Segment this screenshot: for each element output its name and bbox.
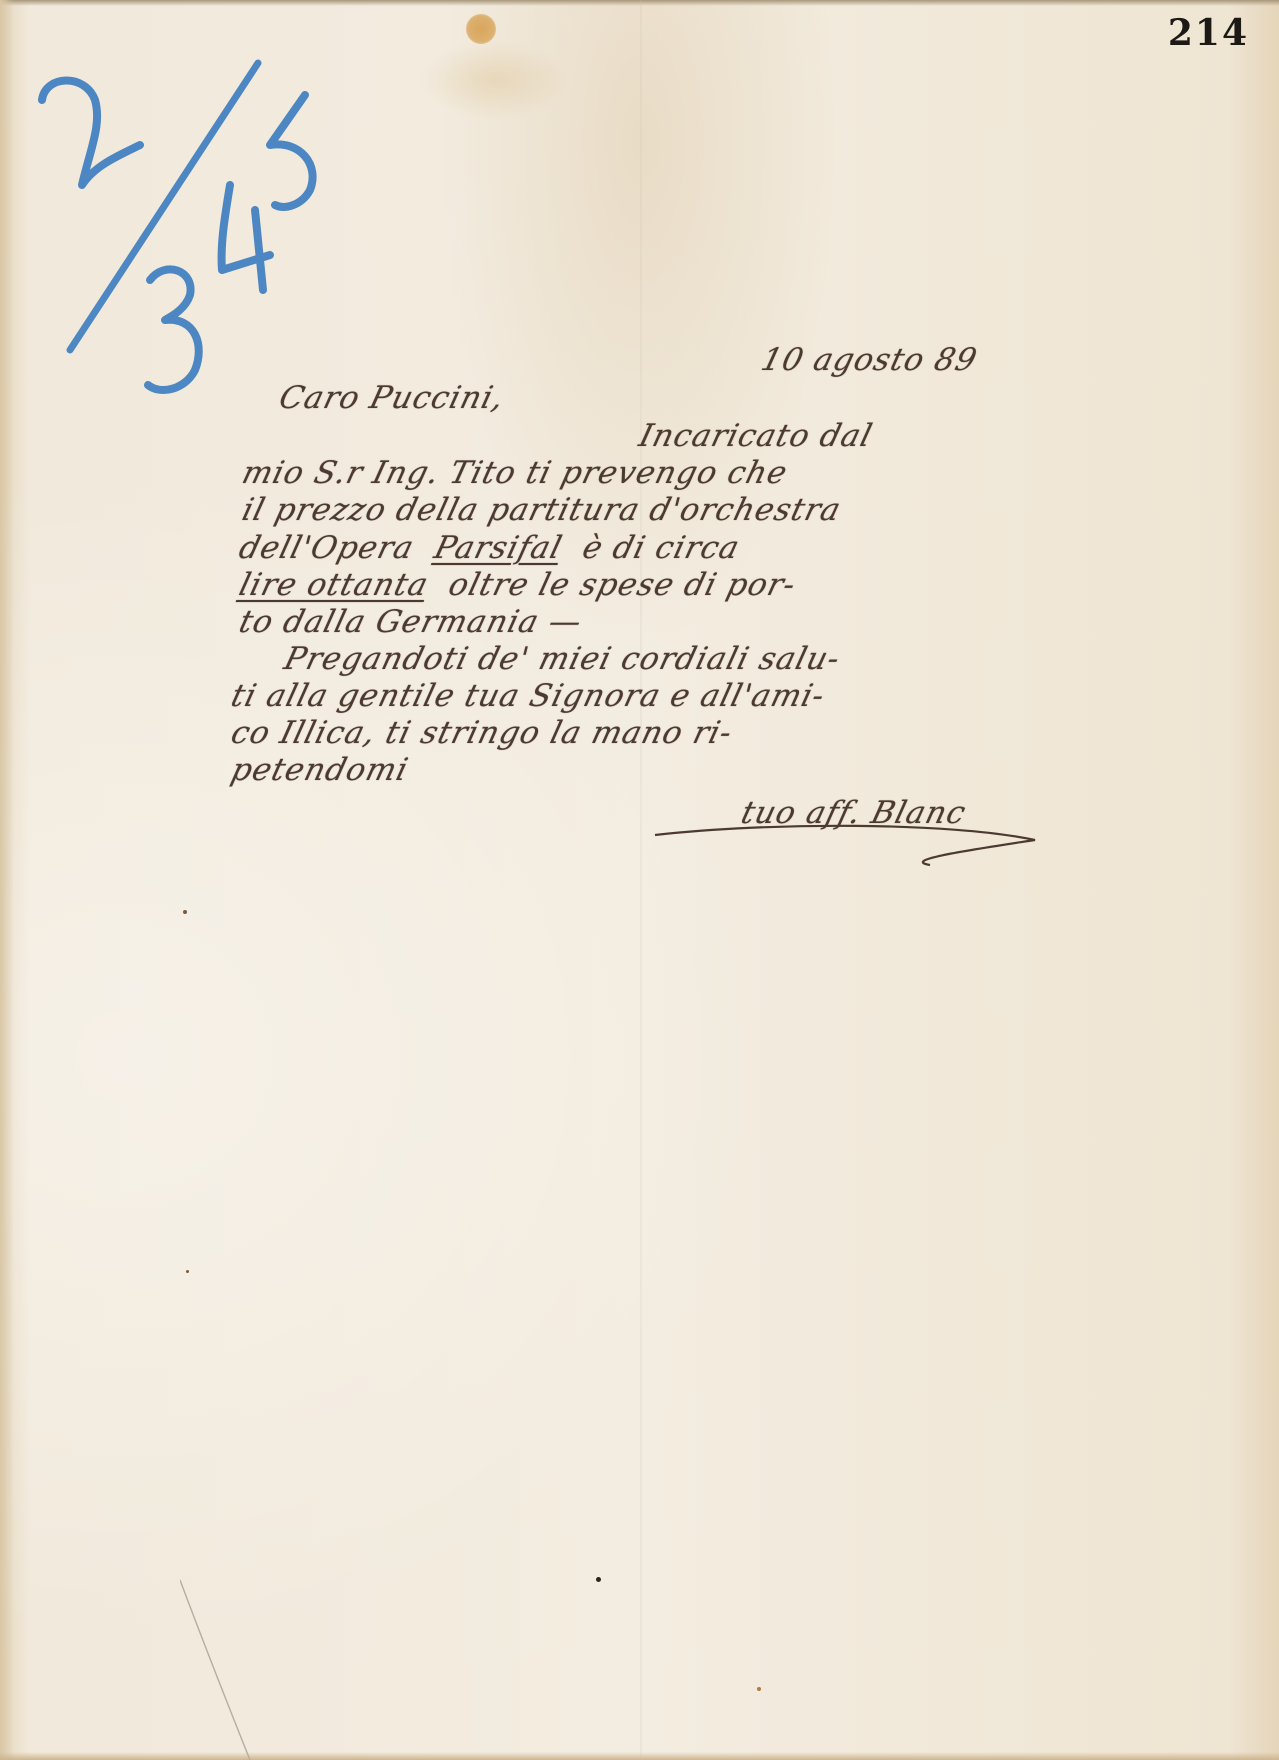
letter-line: petendomi	[228, 752, 413, 788]
letter-line: co Illica, ti stringo la mano ri-	[228, 715, 737, 751]
letter-line: to dalla Germania —	[236, 604, 586, 640]
letter-line: Pregandoti de' miei cordiali salu-	[281, 641, 845, 677]
letter-line: ti alla gentile tua Signora e all'ami-	[228, 678, 829, 714]
underlined-price: lire ottanta	[236, 567, 433, 603]
signature-flourish	[650, 820, 1040, 870]
underlined-opera-title: Parsifal	[431, 530, 566, 566]
letter-line: lire ottanta oltre le spese di por-	[236, 567, 800, 603]
letter-line: Incaricato dal	[636, 418, 877, 454]
letter-line: il prezzo della partitura d'orchestra	[239, 492, 845, 528]
letter-line: dell'Opera Parsifal è di circa	[236, 530, 744, 566]
letter-line: mio S.r Ing. Tito ti prevengo che	[239, 455, 792, 491]
letter-body: 10 agosto 89 Caro Puccini, Incaricato da…	[0, 0, 1279, 1760]
letter-text: è di circa	[579, 530, 744, 566]
letter-date: 10 agosto 89	[758, 342, 982, 378]
letter-text: oltre le spese di por-	[445, 567, 800, 603]
letter-page: 214 10 agosto 89 Caro Puccini, Incaricat…	[0, 0, 1279, 1760]
letter-text: dell'Opera	[236, 530, 418, 566]
letter-salutation: Caro Puccini,	[276, 380, 509, 416]
